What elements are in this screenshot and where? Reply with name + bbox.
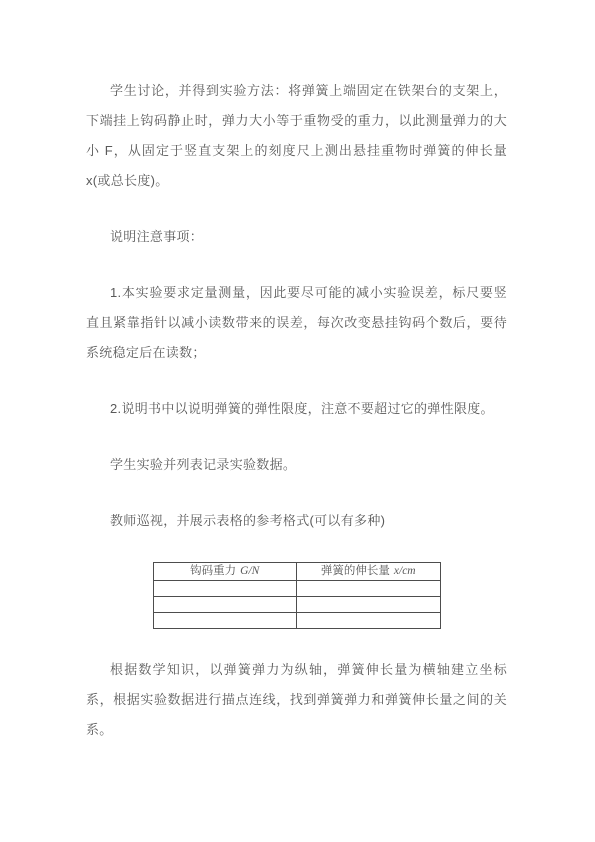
table-header-spring-extension-unit: x/cm bbox=[394, 565, 416, 577]
table-cell-empty bbox=[297, 597, 441, 613]
data-record-table-body bbox=[153, 581, 440, 629]
table-header-hook-weight-label: 钩码重力 bbox=[190, 565, 236, 577]
table-empty-row bbox=[153, 581, 440, 597]
paragraph-note-1: 1.本实验要求定量测量，因此要尽可能的减小实验误差，标尺要竖直且紧靠指针以减小读… bbox=[86, 278, 507, 368]
paragraph-notes-heading: 说明注意事项： bbox=[86, 222, 507, 252]
document-page: 学生讨论，并得到实验方法：将弹簧上端固定在铁架台的支架上，下端挂上钩码静止时，弹… bbox=[0, 0, 595, 842]
table-cell-empty bbox=[153, 581, 297, 597]
table-cell-empty bbox=[153, 613, 297, 629]
table-cell-empty bbox=[297, 613, 441, 629]
table-header-hook-weight-unit: G/N bbox=[240, 565, 259, 577]
table-empty-row bbox=[153, 613, 440, 629]
table-header-spring-extension: 弹簧的伸长量x/cm bbox=[297, 563, 441, 581]
data-record-table-head: 钩码重力G/N 弹簧的伸长量x/cm bbox=[153, 563, 440, 581]
table-empty-row bbox=[153, 597, 440, 613]
table-cell-empty bbox=[297, 581, 441, 597]
data-record-table: 钩码重力G/N 弹簧的伸长量x/cm bbox=[153, 562, 441, 629]
table-cell-empty bbox=[153, 597, 297, 613]
paragraph-experiment-method: 学生讨论，并得到实验方法：将弹簧上端固定在铁架台的支架上，下端挂上钩码静止时，弹… bbox=[86, 76, 507, 196]
paragraph-note-2: 2.说明书中以说明弹簧的弹性限度，注意不要超过它的弹性限度。 bbox=[86, 394, 507, 424]
table-header-spring-extension-label: 弹簧的伸长量 bbox=[321, 565, 390, 577]
paragraph-teacher-patrol: 教师巡视，并展示表格的参考格式(可以有多种) bbox=[86, 506, 507, 536]
table-header-row: 钩码重力G/N 弹簧的伸长量x/cm bbox=[153, 563, 440, 581]
table-header-hook-weight: 钩码重力G/N bbox=[153, 563, 297, 581]
paragraph-conclusion: 根据数学知识，以弹簧弹力为纵轴，弹簧伸长量为横轴建立坐标系，根据实验数据进行描点… bbox=[86, 655, 507, 745]
paragraph-student-experiment: 学生实验并列表记录实验数据。 bbox=[86, 450, 507, 480]
